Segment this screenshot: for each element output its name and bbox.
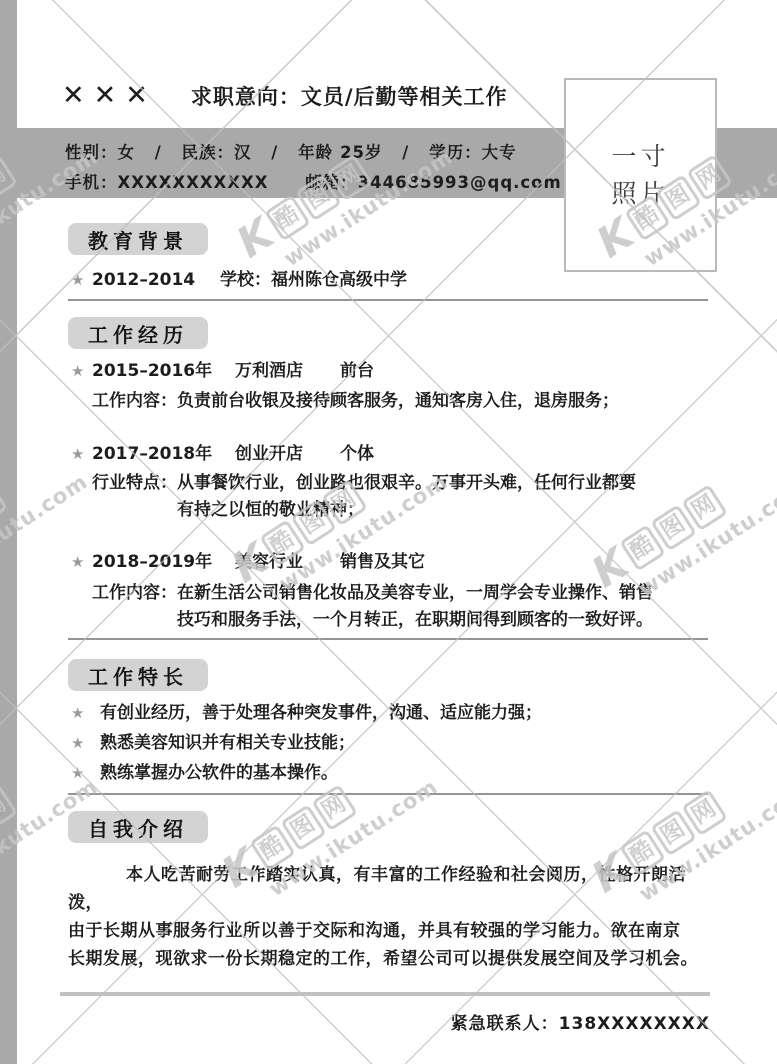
age-value: 25岁 <box>340 143 382 162</box>
resume-page: ✕✕✕ 求职意向：文员/后勤等相关工作 性别：女 / 民族：汉 / 年龄25岁 … <box>0 0 777 1064</box>
desc-label: 行业特点： <box>92 470 177 524</box>
star-icon: ★ <box>71 268 84 292</box>
gender-value: 女 <box>118 143 136 162</box>
phone-value: XXXXXXXXXXX <box>118 173 269 192</box>
photo-placeholder: 一寸 照片 <box>564 78 717 272</box>
work-org: 万利酒店 <box>235 359 303 383</box>
section-header-work: 工作经历 <box>68 317 208 349</box>
divider <box>68 638 708 640</box>
skill-item: ★ 有创业经历，善于处理各种突发事件，沟通、适应能力强； <box>68 701 740 725</box>
desc-body: 在新生活公司销售化妆品及美容专业，一周学会专业操作、销售 技巧和服务手法，一个月… <box>177 580 740 634</box>
education-period: 2012–2014 <box>92 270 195 290</box>
star-icon: ★ <box>71 550 84 574</box>
intro-line: 长期发展，现欲求一份长期稳定的工作，希望公司可以提供发展空间及学习机会。 <box>68 945 720 973</box>
education-value: 大专 <box>482 143 517 162</box>
separator: / <box>271 143 278 162</box>
work-item: ★ 2017–2018年 创业开店 个体 <box>68 442 740 466</box>
desc-body: 负责前台收银及接待顾客服务，通知客房入住，退房服务； <box>177 388 740 415</box>
emergency-contact-value: 138XXXXXXXX <box>559 1014 710 1034</box>
desc-line: 技巧和服务手法，一个月转正，在职期间得到顾客的一致好评。 <box>177 607 740 634</box>
info-line-2: 手机：XXXXXXXXXXX 邮箱：344685993@qq.com <box>65 169 562 193</box>
ethnic-label: 民族： <box>182 143 235 162</box>
intro-line: 由于长期从事服务行业所以善于交际和沟通，并具有较强的学习能力。欲在南京 <box>68 917 720 945</box>
education-title: 教育背景 <box>88 225 188 254</box>
work-period: 2018–2019年 <box>92 552 212 572</box>
intro-line: 本人吃苦耐劳工作踏实认真，有丰富的工作经验和社会阅历，性格开朗活泼， <box>68 861 720 917</box>
desc-line: 从事餐饮行业，创业路也很艰辛。万事开头难，任何行业都要 <box>177 470 740 497</box>
desc-label: 工作内容： <box>92 580 177 634</box>
skill-item: ★ 熟悉美容知识并有相关专业技能； <box>68 731 740 755</box>
info-line-1: 性别：女 / 民族：汉 / 年龄25岁 / 学历：大专 <box>65 139 517 163</box>
work-description: 工作内容： 负责前台收银及接待顾客服务，通知客房入住，退房服务； <box>68 388 740 415</box>
skill-text: 熟练掌握办公软件的基本操作。 <box>100 763 338 783</box>
divider <box>68 793 708 795</box>
desc-line: 在新生活公司销售化妆品及美容专业，一周学会专业操作、销售 <box>177 580 740 607</box>
work-role: 个体 <box>340 442 374 466</box>
photo-text-line2: 照片 <box>611 175 669 213</box>
star-icon: ★ <box>71 359 84 383</box>
work-period: 2015–2016年 <box>92 361 212 381</box>
photo-text-line1: 一寸 <box>611 138 669 176</box>
desc-body: 从事餐饮行业，创业路也很艰辛。万事开头难，任何行业都要 有持之以恒的敬业精神； <box>177 470 740 524</box>
ethnic-value: 汉 <box>234 143 252 162</box>
star-icon: ★ <box>71 442 84 466</box>
separator: / <box>402 143 409 162</box>
work-org: 美容行业 <box>235 550 303 574</box>
star-icon: ★ <box>71 761 84 785</box>
email-value: 344685993@qq.com <box>358 173 562 192</box>
phone-label: 手机： <box>65 173 118 192</box>
work-description: 工作内容： 在新生活公司销售化妆品及美容专业，一周学会专业操作、销售 技巧和服务… <box>68 580 740 634</box>
work-period: 2017–2018年 <box>92 444 212 464</box>
divider <box>68 299 708 301</box>
education-school: 学校：福州陈仓高级中学 <box>220 268 407 292</box>
separator: / <box>155 143 162 162</box>
job-intention: 求职意向：文员/后勤等相关工作 <box>191 81 508 111</box>
emergency-contact-label: 紧急联系人： <box>451 1014 559 1034</box>
skill-item: ★ 熟练掌握办公软件的基本操作。 <box>68 761 740 785</box>
email-label: 邮箱： <box>305 173 358 192</box>
intro-paragraph: 本人吃苦耐劳工作踏实认真，有丰富的工作经验和社会阅历，性格开朗活泼， 由于长期从… <box>68 861 740 973</box>
star-icon: ★ <box>71 701 84 725</box>
footer-divider <box>60 992 710 996</box>
work-org: 创业开店 <box>235 442 303 466</box>
section-header-education: 教育背景 <box>68 223 208 255</box>
work-description: 行业特点： 从事餐饮行业，创业路也很艰辛。万事开头难，任何行业都要 有持之以恒的… <box>68 470 740 524</box>
main-content: 教育背景 ★ 2012–2014 学校：福州陈仓高级中学 工作经历 ★ 2015… <box>68 210 740 1034</box>
skills-list: ★ 有创业经历，善于处理各种突发事件，沟通、适应能力强； ★ 熟悉美容知识并有相… <box>68 701 740 785</box>
skill-text: 有创业经历，善于处理各种突发事件，沟通、适应能力强； <box>100 703 542 723</box>
age-label: 年龄 <box>298 143 333 162</box>
skills-title: 工作特长 <box>88 661 188 690</box>
star-icon: ★ <box>71 731 84 755</box>
work-item: ★ 2015–2016年 万利酒店 前台 <box>68 359 740 383</box>
education-label: 学历： <box>429 143 482 162</box>
skill-text: 熟悉美容知识并有相关专业技能； <box>100 733 355 753</box>
header-row: ✕✕✕ 求职意向：文员/后勤等相关工作 <box>62 80 508 111</box>
intro-title: 自我介绍 <box>88 813 188 842</box>
candidate-name: ✕✕✕ <box>62 80 157 111</box>
desc-label: 工作内容： <box>92 388 177 415</box>
section-header-skills: 工作特长 <box>68 659 208 691</box>
gender-label: 性别： <box>65 143 118 162</box>
work-item: ★ 2018–2019年 美容行业 销售及其它 <box>68 550 740 574</box>
work-title: 工作经历 <box>88 319 188 348</box>
section-header-intro: 自我介绍 <box>68 811 208 843</box>
work-role: 销售及其它 <box>340 550 425 574</box>
desc-line: 负责前台收银及接待顾客服务，通知客房入住，退房服务； <box>177 388 740 415</box>
emergency-contact: 紧急联系人：138XXXXXXXX <box>68 1009 740 1034</box>
work-role: 前台 <box>340 359 374 383</box>
desc-line: 有持之以恒的敬业精神； <box>177 497 740 524</box>
